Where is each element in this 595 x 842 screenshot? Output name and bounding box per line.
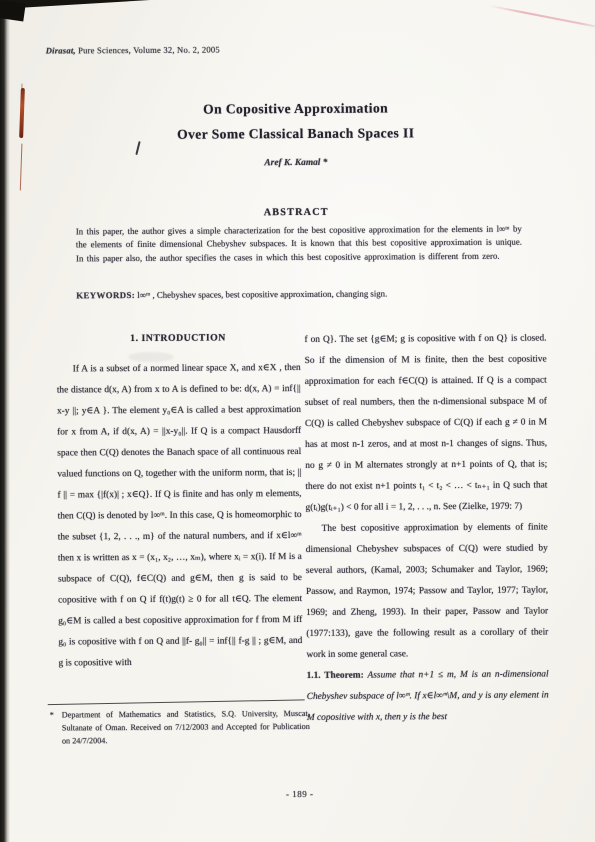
left-column-paragraph: If A is a subset of a normed linear spac… [57, 358, 303, 674]
page-number: - 189 - [2, 787, 595, 801]
author-name: Aref K. Kamal * [0, 156, 593, 170]
keywords-line: KEYWORDS: l∞ᵐ , Chebyshev spaces, best c… [76, 288, 522, 301]
paper-title: On Copositive Approximation Over Some Cl… [0, 94, 593, 148]
footnote: * Department of Mathematics and Statisti… [48, 707, 310, 748]
footnote-divider [48, 699, 305, 705]
right-column-paragraph-1: f on Q}. The set {g∈M; g is copositive w… [304, 328, 547, 518]
keywords-label: KEYWORDS: [76, 290, 135, 300]
paper-title-line2: Over Some Classical Banach Spaces II [0, 119, 593, 148]
right-column-paragraph-2: The best copositive approximation by ele… [306, 517, 549, 665]
paper-title-line1: On Copositive Approximation [0, 94, 593, 123]
right-column: f on Q}. The set {g∈M; g is copositive w… [304, 328, 548, 728]
abstract-heading: ABSTRACT [0, 205, 594, 220]
journal-issue-info: Pure Sciences, Volume 32, No. 2, 2005 [76, 44, 220, 55]
theorem-label: 1.1. Theorem: [307, 671, 368, 681]
journal-header: Dirasat, Pure Sciences, Volume 32, No. 2… [46, 44, 220, 55]
scanned-paper-page: Dirasat, Pure Sciences, Volume 32, No. 2… [0, 0, 595, 842]
footnote-text: Department of Mathematics and Statistics… [62, 709, 310, 746]
keywords-text: l∞ᵐ , Chebyshev spaces, best copositive … [135, 288, 387, 300]
journal-name: Dirasat, [46, 45, 76, 55]
theorem-1-1: 1.1. Theorem: Assume that n+1 ≤ m, M is … [306, 664, 548, 728]
page-content: Dirasat, Pure Sciences, Volume 32, No. 2… [0, 0, 595, 842]
section-heading-introduction: 1. INTRODUCTION [56, 332, 299, 344]
footnote-marker: * [50, 708, 54, 721]
left-column: If A is a subset of a normed linear spac… [57, 358, 303, 674]
abstract-body: In this paper, the author gives a simple… [76, 223, 522, 266]
